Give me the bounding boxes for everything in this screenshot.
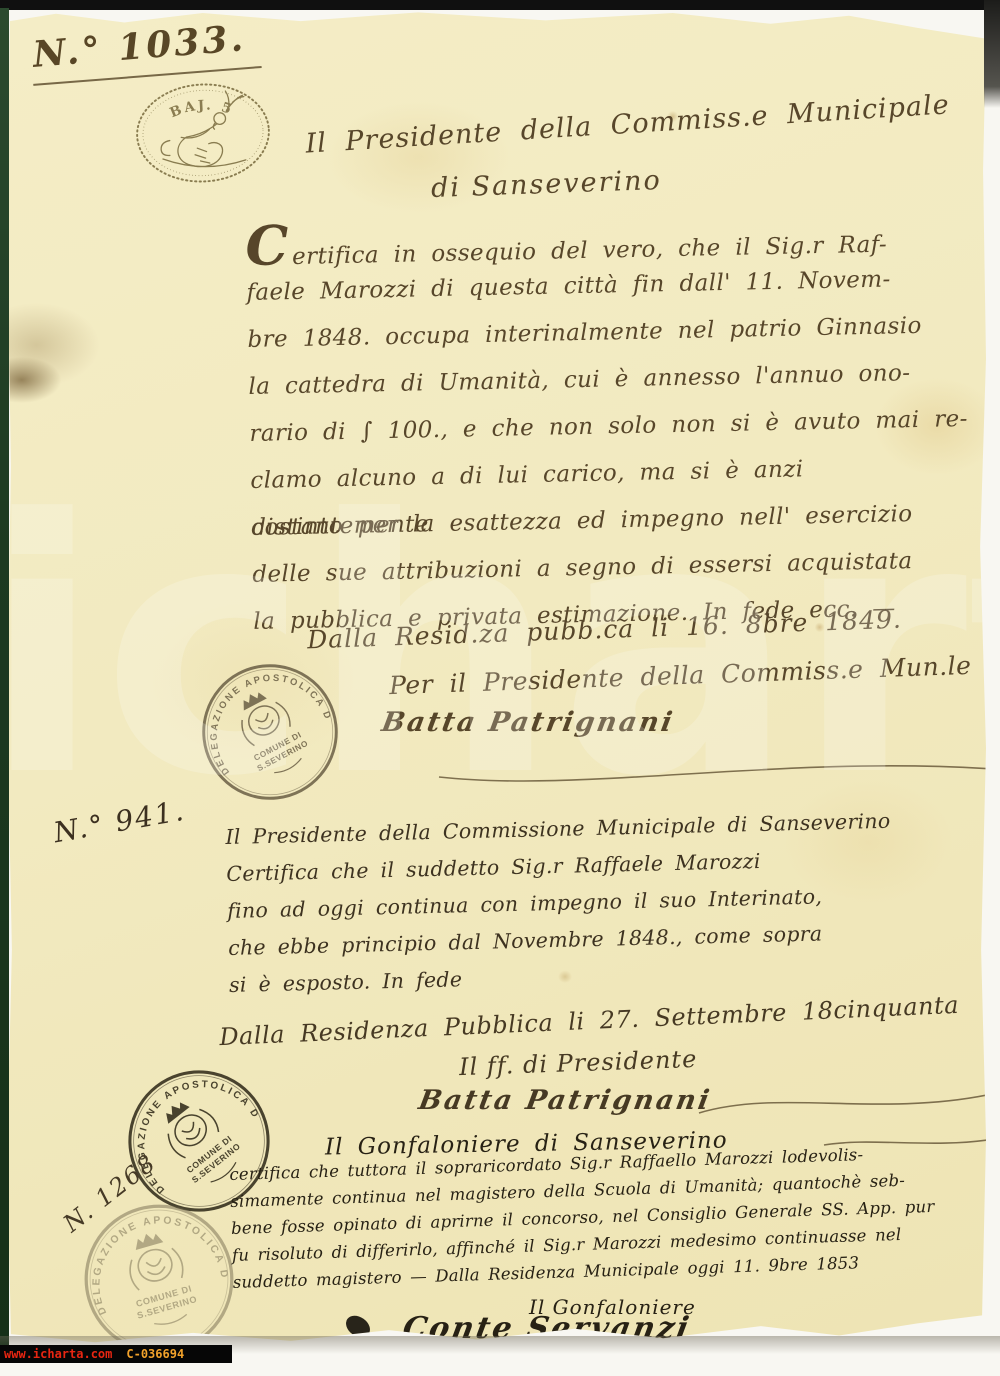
scanned-document: N.° 1033. BAJ. 5 [0, 0, 1000, 1376]
municipal-seal: DELEGAZIONE APOSTOLICA DI MACERATA COMUN… [174, 636, 366, 828]
scanner-edge-left [0, 8, 9, 1360]
scanner-edge-right [984, 0, 1000, 108]
registry-number-margin: N.° 941. [51, 794, 188, 850]
cert1-body: Certifica in ossequio del vero, che il S… [245, 207, 996, 645]
cert3-body: certifica che tuttora il sopraricordato … [229, 1137, 1000, 1296]
cert2-subscription: Il ff. di Presidente [459, 1045, 698, 1081]
seal-emblem-icon [121, 1228, 186, 1291]
scanner-edge-top [0, 0, 1000, 10]
cert1-signature: Batta Patrignani [379, 707, 677, 738]
archive-label-bar: www.icharta.com C-036694 [0, 1345, 232, 1363]
cert1-heading-line2: di Sanseverino [431, 165, 663, 204]
paper-sheet: N.° 1033. BAJ. 5 [7, 9, 986, 1353]
revenue-stamp-baj5: BAJ. 5 [116, 67, 290, 200]
archive-site-label: www.icharta.com [4, 1345, 112, 1363]
signature-flourish [697, 1083, 992, 1127]
cert1-subscription: Per il Presidente della Commiss.e Mun.le [389, 651, 972, 700]
cert1-heading-line1: Il Presidente della Commiss.e Municipale [305, 89, 951, 159]
cert2-signature: Batta Patrignani [416, 1085, 714, 1116]
cert2-body: Il Presidente della Commissione Municipa… [225, 800, 989, 1004]
archive-code-label: C-036694 [126, 1345, 184, 1363]
signature-flourish [437, 751, 997, 795]
